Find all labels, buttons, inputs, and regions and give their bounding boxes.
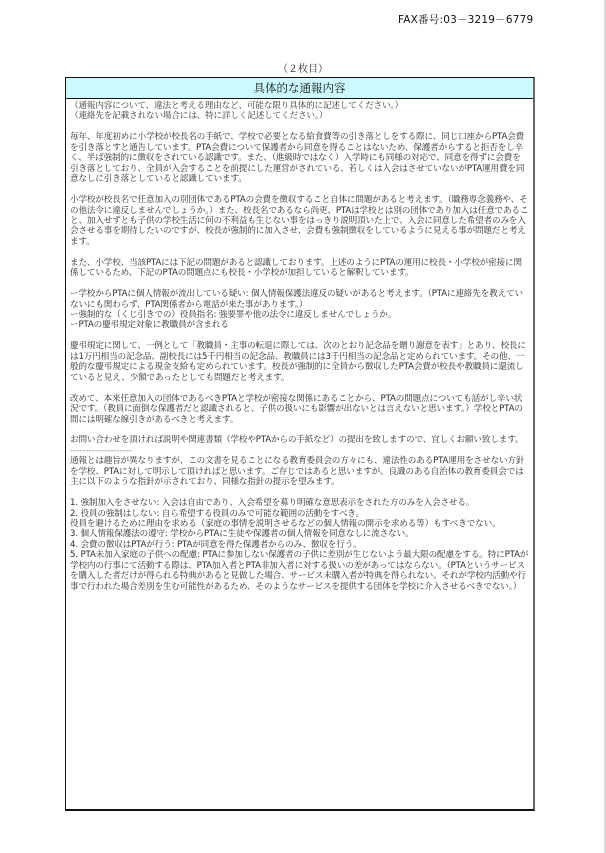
closing-paragraph: お問い合わせを頂ければ説明や関連書類（学校やPTAからの手紙など）の提出を致しま… <box>70 435 529 445</box>
guideline-item: 1. 強制加入をさせない: 入会は自由であり、入会希望を募り明確な意思表示をされ… <box>70 498 529 508</box>
report-details-title: 具体的な通報内容 <box>66 78 533 99</box>
report-paragraph: また、小学校、当該PTAには下記の問題があると認識しております。上述のようにPT… <box>70 258 529 279</box>
report-paragraph: 慶弔規定に関して、一例として「教職員・主事の転退に際しては、次のとおり記念品を贈… <box>70 341 529 383</box>
instruction-line: （連絡先を記載されない場合には、特に詳しく記述してください。） <box>70 111 529 121</box>
report-details-box: 具体的な通報内容 （通報内容について、違法と考える理由など、可能な限り具体的に記… <box>65 77 535 811</box>
guideline-item: 3. 個人情報保護法の遵守: 学校からPTAに生徒や保護者の個人情報を同意なしに… <box>70 529 529 539</box>
page-indicator: （２枚目） <box>0 60 606 75</box>
guideline-item: 2. 役員の強制はしない: 自ら希望する役員のみで可能な範囲の活動をすべき。 役… <box>70 509 529 530</box>
instruction-line: （通報内容について、違法と考える理由など、可能な限り具体的に記述してください。） <box>70 101 529 111</box>
guideline-item: 4. 会費の徴収はPTAが行う: PTAが同意を得た保護者からのみ、徴収を行う。 <box>70 540 529 550</box>
request-paragraph: 通報とは趣旨が異なりますが、この文書を見ることになる教育委員会の方々にも、違法性… <box>70 456 529 487</box>
separator-line: -------------------- <box>70 446 529 456</box>
report-details-body: （通報内容について、違法と考える理由など、可能な限り具体的に記述してください。）… <box>66 99 533 592</box>
report-paragraph: 毎年、年度初めに小学校が校長名の手紙で、学校で必要となる給食費等の引き落としをす… <box>70 132 529 184</box>
issue-list: ー学校からPTAに個人情報が流出している疑い: 個人情報保護法違反の疑いがあると… <box>70 289 529 331</box>
guideline-item: 5. PTA未加入家庭の子供への配慮: PTAに参加しない保護者の子供に差別が生… <box>70 550 529 592</box>
report-paragraph: 小学校が校長名で任意加入の別団体であるPTAの会費を徴収すること自体に問題がある… <box>70 195 529 247</box>
fax-number: FAX番号:03－3219－6779 <box>398 12 533 27</box>
report-paragraph: 改めて、本来任意加入の団体であるべきPTAと学校が密接な関係にあることから、PT… <box>70 394 529 425</box>
